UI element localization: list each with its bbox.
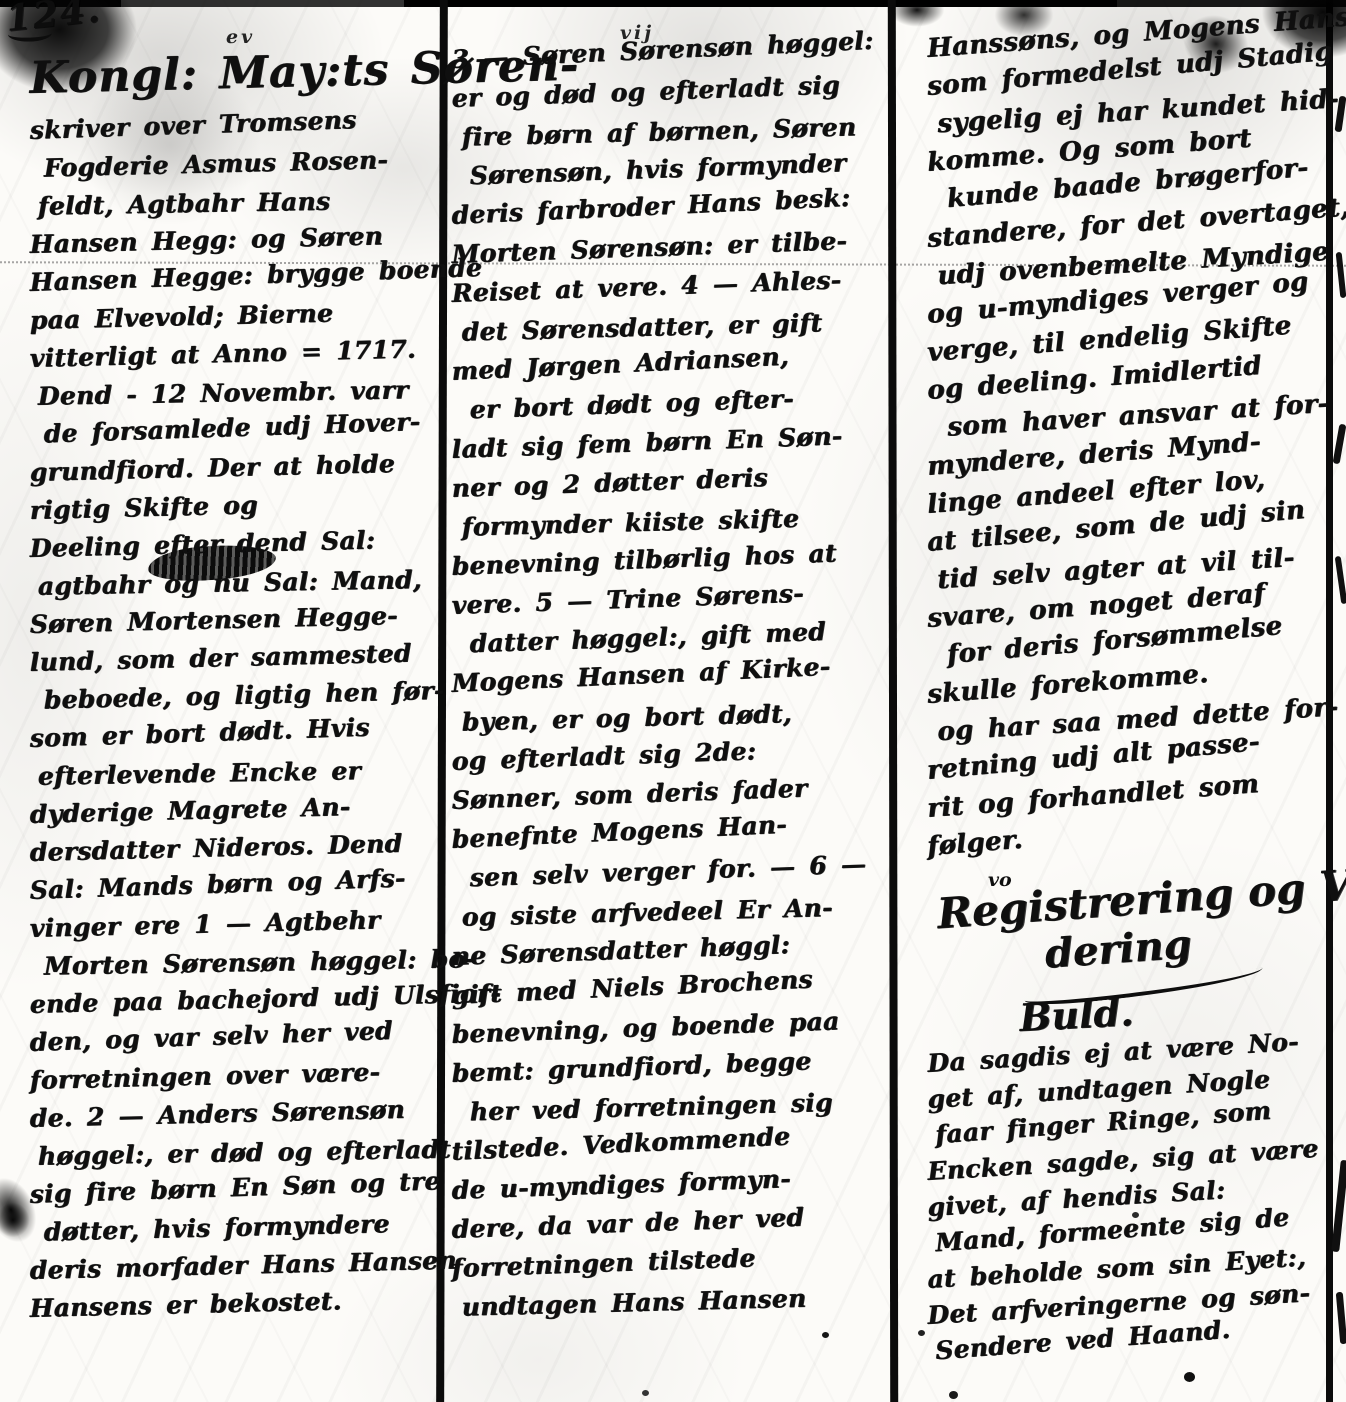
column-right: Hanssøns, og Mogens Hansensom formedelst… bbox=[928, 30, 1342, 1370]
manuscript-scan-page: { "page": { "number": "124.", "paper_col… bbox=[0, 0, 1346, 1402]
column-middle: vij 3 — Søren Sørensøn høggel:er og død … bbox=[452, 40, 874, 1327]
column-divider-line-2 bbox=[888, 0, 898, 1402]
scan-edge-top bbox=[0, 0, 1346, 7]
column-right-upper-lines: Hanssøns, og Mogens Hansensom formedelst… bbox=[928, 30, 1342, 866]
ink-specks bbox=[822, 1332, 829, 1338]
column-right-lower-lines: Da sagdis ej at være No-get af, undtagen… bbox=[928, 1046, 1342, 1370]
column-middle-lines: 3 — Søren Sørensøn høggel:er og død og e… bbox=[452, 40, 874, 1327]
page-number: 124. bbox=[4, 0, 104, 44]
section-heading-block: vo Registrering og Vor- dering Buld. bbox=[928, 870, 1342, 1046]
